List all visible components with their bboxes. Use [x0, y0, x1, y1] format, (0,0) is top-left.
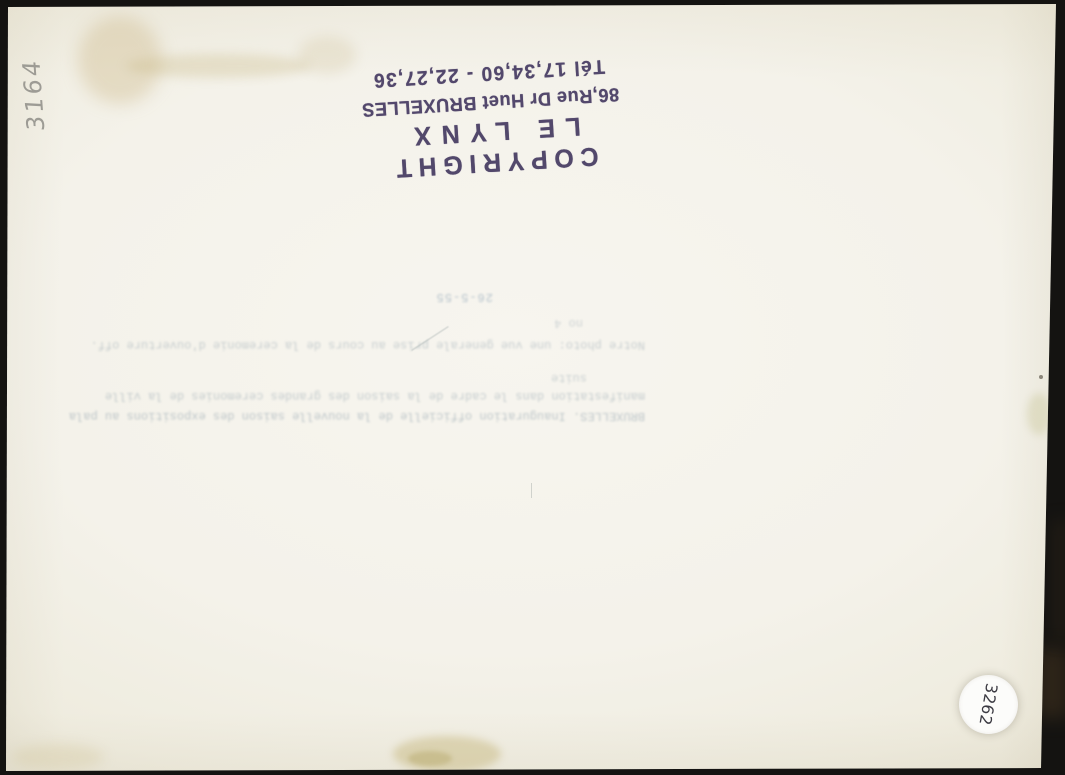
stain-bottom-center-dark: [408, 751, 452, 766]
caption-fragment-illegible: suite: [68, 370, 587, 386]
caption-line-illegible: BRUXELLES. Inauguration officielle de la…: [68, 406, 645, 426]
caption-date: 26-5-55: [68, 288, 493, 305]
photo-back: 3164 COPYRIGHT LE LYNX 86,Rue Dr Huet BR…: [0, 0, 1065, 775]
stain-streak-top: [126, 54, 311, 78]
caption-line-illegible: Notre photo: une vue generale prise au c…: [68, 334, 645, 356]
copyright-stamp: COPYRIGHT LE LYNX 86,Rue Dr Huet BRUXELL…: [333, 35, 650, 188]
scratch-mark-small: [531, 483, 532, 498]
caption-line-illegible: manifestation dans le cadre de la saison…: [68, 386, 645, 406]
caption-fragment-illegible: no 4: [68, 316, 583, 329]
sticker-number: 3262: [975, 682, 1001, 727]
handwritten-archive-number: 3164: [18, 64, 51, 131]
typed-caption-upside-down: BRUXELLES. Inauguration officielle de la…: [68, 258, 645, 426]
stain-right-edge: [1027, 393, 1051, 435]
dark-speck: [1039, 375, 1043, 379]
background-shade: [1051, 520, 1065, 640]
archive-sticker: 3262: [959, 675, 1018, 734]
stain-bottom-left: [12, 744, 104, 770]
